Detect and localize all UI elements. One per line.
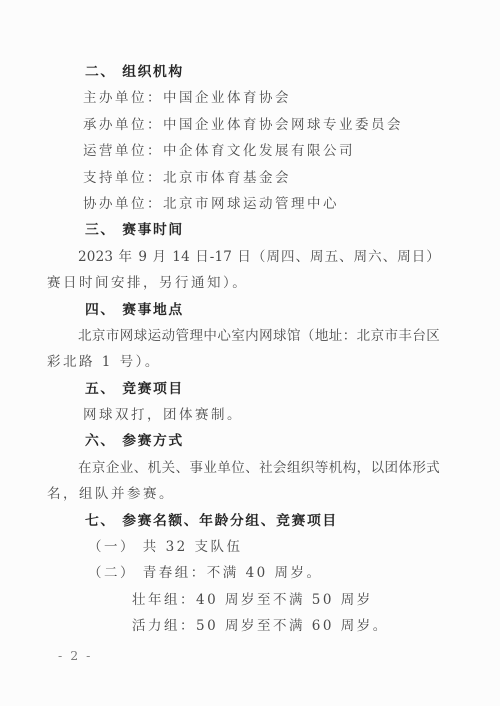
doc-line-event-format: 网球双打，团体赛制。 — [83, 402, 440, 428]
doc-line-date-2: 赛日时间安排，另行通知）。 — [47, 270, 440, 296]
heading-3-event-time: 三、 赛事时间 — [85, 217, 440, 243]
doc-line-support-unit: 支持单位：北京市体育基金会 — [83, 165, 440, 191]
doc-line-venue-2: 彩北路 1 号）。 — [47, 349, 440, 375]
doc-line-participation-2: 名，组队并参赛。 — [47, 481, 440, 507]
heading-5-competition-events: 五、 竞赛项目 — [85, 376, 440, 402]
doc-line-operator-unit: 运营单位：中企体育文化发展有限公司 — [83, 138, 440, 164]
heading-7-quota-age-groups: 七、 参赛名额、年龄分组、竞赛项目 — [85, 508, 440, 534]
heading-2-organization: 二、 组织机构 — [85, 59, 440, 85]
doc-line-youth-group: （二） 青春组：不满 40 周岁。 — [88, 560, 440, 586]
doc-line-co-organizer: 协办单位：北京市网球运动管理中心 — [83, 191, 440, 217]
doc-line-host-unit: 主办单位：中国企业体育协会 — [83, 85, 440, 111]
doc-line-vitality-group: 活力组：50 周岁至不满 60 周岁。 — [132, 613, 440, 639]
doc-line-prime-group: 壮年组：40 周岁至不满 50 周岁 — [132, 587, 440, 613]
doc-line-participation-1: 在京企业、机关、事业单位、社会组织等机构，以团体形式报 — [78, 455, 440, 481]
doc-line-date-1: 2023 年 9 月 14 日-17 日（周四、周五、周六、周日）（具体 — [78, 244, 440, 270]
page-number: - 2 - — [58, 648, 440, 664]
document-body: 二、 组织机构 主办单位：中国企业体育协会 承办单位：中国企业体育协会网球专业委… — [0, 0, 500, 664]
heading-4-event-venue: 四、 赛事地点 — [85, 297, 440, 323]
doc-line-venue-1: 北京市网球运动管理中心室内网球馆（地址：北京市丰台区光 — [78, 323, 440, 349]
doc-line-organizer-unit: 承办单位：中国企业体育协会网球专业委员会 — [83, 112, 440, 138]
document-page: 二、 组织机构 主办单位：中国企业体育协会 承办单位：中国企业体育协会网球专业委… — [0, 0, 500, 706]
heading-6-participation-method: 六、 参赛方式 — [85, 428, 440, 454]
doc-line-team-quota: （一） 共 32 支队伍 — [88, 534, 440, 560]
